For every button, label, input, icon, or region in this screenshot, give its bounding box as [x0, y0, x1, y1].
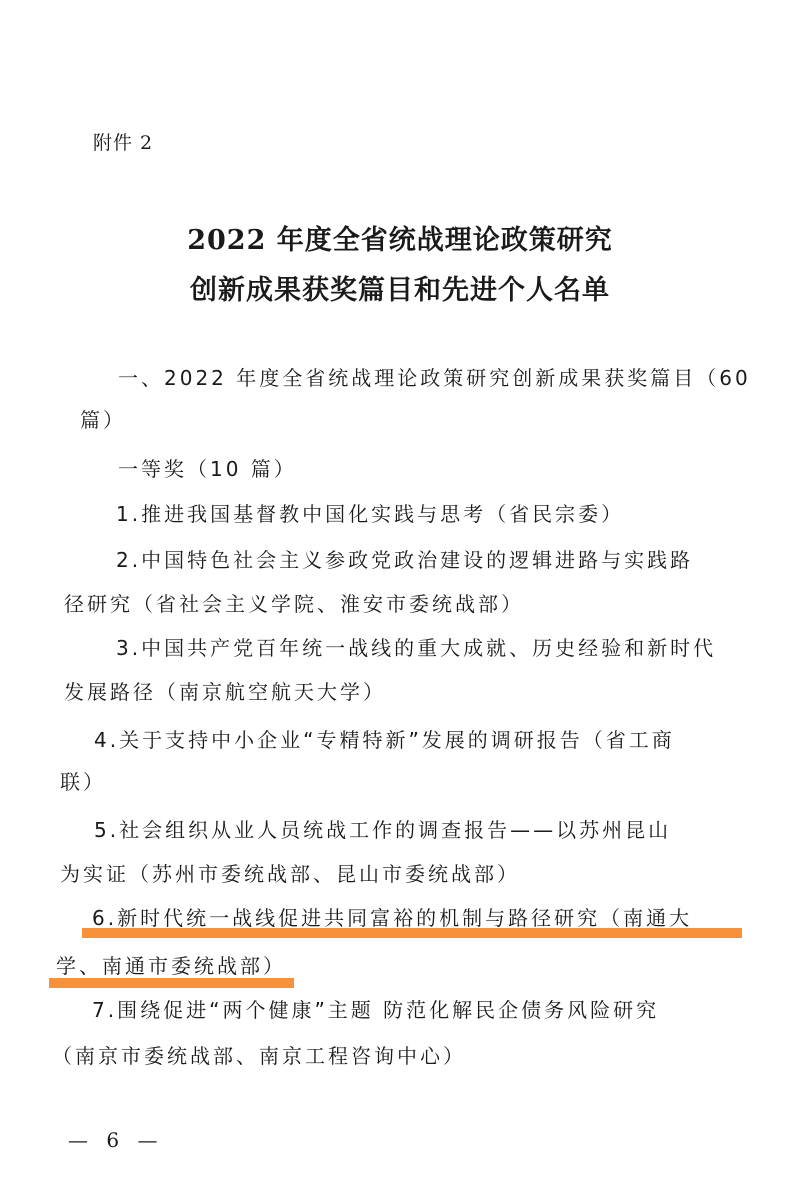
entry-6-line-1: 6.新时代统一战线促进共同富裕的机制与路径研究（南通大: [92, 902, 692, 931]
entry-6-line-2: 学、南通市委统战部）: [56, 950, 286, 979]
section-heading-line-2: 篇）: [80, 404, 126, 433]
entry-4-line-1: 4.关于支持中小企业“专精特新”发展的调研报告（省工商: [94, 724, 675, 753]
section-heading-line-1: 一、2022 年度全省统战理论政策研究创新成果获奖篇目（60: [118, 362, 751, 391]
page-number: — 6 —: [68, 1128, 163, 1152]
entry-3-line-1: 3.中国共产党百年统一战线的重大成就、历史经验和新时代: [116, 632, 716, 661]
entry-1-line-1: 1.推进我国基督教中国化实践与思考（省民宗委）: [116, 498, 624, 527]
entry-2-line-2: 径研究（省社会主义学院、淮安市委统战部）: [64, 588, 524, 617]
title-line-2: 创新成果获奖篇目和先进个人名单: [0, 266, 800, 316]
highlight-underline-2: [49, 978, 294, 988]
document-page: 附件 2 2022 年度全省统战理论政策研究 创新成果获奖篇目和先进个人名单 一…: [0, 0, 800, 1192]
highlight-underline-1: [82, 928, 742, 938]
document-title: 2022 年度全省统战理论政策研究 创新成果获奖篇目和先进个人名单: [0, 216, 800, 316]
entry-3-line-2: 发展路径（南京航空航天大学）: [64, 676, 386, 705]
attachment-label: 附件 2: [93, 128, 153, 155]
entry-5-line-2: 为实证（苏州市委统战部、昆山市委统战部）: [60, 858, 520, 887]
entry-2-line-1: 2.中国特色社会主义参政党政治建设的逻辑进路与实践路: [116, 544, 693, 573]
award-level-heading: 一等奖（10 篇）: [118, 453, 297, 482]
entry-7-line-1: 7.围绕促进“两个健康”主题 防范化解民企债务风险研究: [92, 994, 659, 1023]
title-line-1: 2022 年度全省统战理论政策研究: [0, 216, 800, 266]
entry-5-line-1: 5.社会组织从业人员统战工作的调查报告——以苏州昆山: [94, 814, 671, 843]
entry-4-line-2: 联）: [60, 766, 106, 795]
entry-7-line-2: （南京市委统战部、南京工程咨询中心）: [52, 1040, 466, 1069]
